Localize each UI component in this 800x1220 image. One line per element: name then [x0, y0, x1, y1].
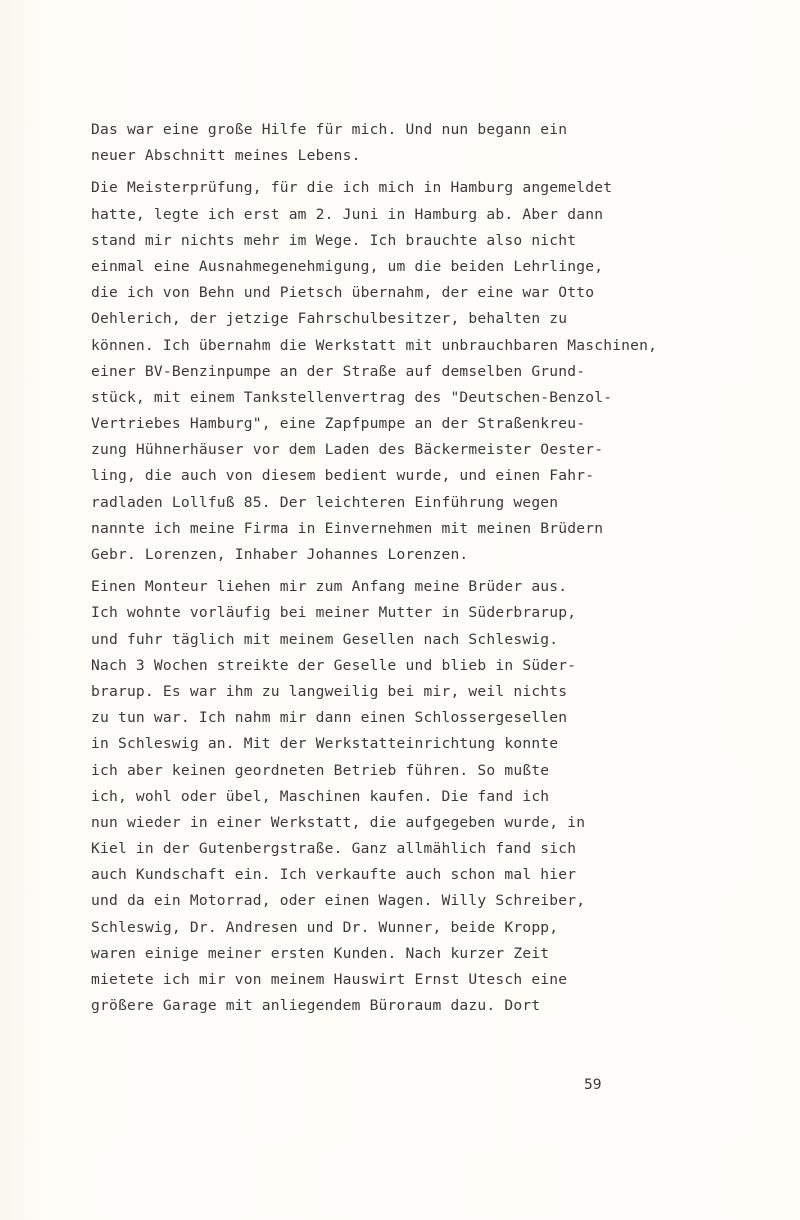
text-line: Schleswig, Dr. Andresen und Dr. Wunner, … — [91, 915, 731, 941]
text-line: stand mir nichts mehr im Wege. Ich brauc… — [91, 228, 731, 254]
text-line: und da ein Motorrad, oder einen Wagen. W… — [91, 888, 731, 914]
text-line: können. Ich übernahm die Werkstatt mit u… — [91, 333, 731, 359]
text-line: größere Garage mit anliegendem Büroraum … — [91, 993, 731, 1019]
text-line: und fuhr täglich mit meinem Gesellen nac… — [91, 627, 731, 653]
text-line: Einen Monteur liehen mir zum Anfang mein… — [91, 574, 731, 600]
text-line: auch Kundschaft ein. Ich verkaufte auch … — [91, 862, 731, 888]
text-line: ling, die auch von diesem bedient wurde,… — [91, 463, 731, 489]
body-text: Das war eine große Hilfe für mich. Und n… — [91, 117, 731, 1025]
text-line: zung Hühnerhäuser vor dem Laden des Bäck… — [91, 437, 731, 463]
text-line: mietete ich mir von meinem Hauswirt Erns… — [91, 967, 731, 993]
text-line: brarup. Es war ihm zu langweilig bei mir… — [91, 679, 731, 705]
text-line: Die Meisterprüfung, für die ich mich in … — [91, 175, 731, 201]
text-line: stück, mit einem Tankstellenvertrag des … — [91, 385, 731, 411]
text-line: radladen Lollfuß 85. Der leichteren Einf… — [91, 490, 731, 516]
text-line: Ich wohnte vorläufig bei meiner Mutter i… — [91, 600, 731, 626]
text-line: nannte ich meine Firma in Einvernehmen m… — [91, 516, 731, 542]
text-line: Vertriebes Hamburg", eine Zapfpumpe an d… — [91, 411, 731, 437]
text-line: in Schleswig an. Mit der Werkstatteinric… — [91, 731, 731, 757]
paragraph-2: Die Meisterprüfung, für die ich mich in … — [91, 175, 731, 568]
text-line: einer BV-Benzinpumpe an der Straße auf d… — [91, 359, 731, 385]
text-line: Kiel in der Gutenbergstraße. Ganz allmäh… — [91, 836, 731, 862]
text-line: neuer Abschnitt meines Lebens. — [91, 143, 731, 169]
text-line: Gebr. Lorenzen, Inhaber Johannes Lorenze… — [91, 542, 731, 568]
document-page: Das war eine große Hilfe für mich. Und n… — [0, 0, 800, 1220]
text-line: hatte, legte ich erst am 2. Juni in Hamb… — [91, 202, 731, 228]
text-line: Das war eine große Hilfe für mich. Und n… — [91, 117, 731, 143]
paragraph-1: Das war eine große Hilfe für mich. Und n… — [91, 117, 731, 169]
text-line: einmal eine Ausnahmegenehmigung, um die … — [91, 254, 731, 280]
text-line: waren einige meiner ersten Kunden. Nach … — [91, 941, 731, 967]
paragraph-3: Einen Monteur liehen mir zum Anfang mein… — [91, 574, 731, 1019]
text-line: ich, wohl oder übel, Maschinen kaufen. D… — [91, 784, 731, 810]
page-number: 59 — [584, 1076, 602, 1093]
text-line: Oehlerich, der jetzige Fahrschulbesitzer… — [91, 306, 731, 332]
text-line: ich aber keinen geordneten Betrieb führe… — [91, 758, 731, 784]
text-line: zu tun war. Ich nahm mir dann einen Schl… — [91, 705, 731, 731]
text-line: Nach 3 Wochen streikte der Geselle und b… — [91, 653, 731, 679]
text-line: nun wieder in einer Werkstatt, die aufge… — [91, 810, 731, 836]
text-line: die ich von Behn und Pietsch übernahm, d… — [91, 280, 731, 306]
